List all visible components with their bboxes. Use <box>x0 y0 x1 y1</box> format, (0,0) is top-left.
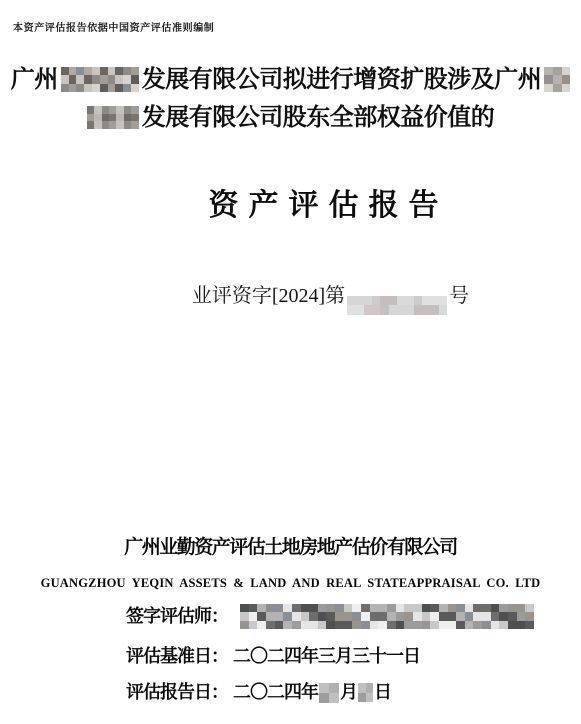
main-title-line1: 广州发展有限公司拟进行增资扩股涉及广州 <box>0 61 581 99</box>
base-date-value: 二〇二四年三月三十一日 <box>233 643 420 670</box>
redacted-report-day <box>358 683 373 702</box>
signer-label: 签字评估师： <box>126 603 228 630</box>
report-date-day-unit: 日 <box>374 679 391 706</box>
report-date-year: 二〇二四年 <box>233 679 318 706</box>
redacted-company-name-1 <box>61 67 139 92</box>
redacted-company-name-2-end <box>87 106 139 129</box>
appraisal-company-name-en: GUANGZHOU YEQIN ASSETS & LAND AND REAL S… <box>0 574 581 592</box>
title-line1-text: 发展有限公司拟进行增资扩股涉及广州 <box>142 67 542 93</box>
title-line2-text: 发展有限公司股东全部权益价值的 <box>142 105 495 131</box>
appraisal-company-name-cn: 广州业勤资产评估土地房地产估价有限公司 <box>0 534 581 562</box>
base-date-label: 评估基准日： <box>126 643 228 670</box>
redacted-company-name-2-start <box>544 67 570 92</box>
document-number-suffix: 号 <box>449 285 469 307</box>
redacted-report-month <box>319 683 339 703</box>
redacted-signer-names <box>240 604 534 629</box>
redacted-document-number <box>347 296 447 315</box>
report-cover-page: 本资产评估报告依据中国资产评估准则编制 广州发展有限公司拟进行增资扩股涉及广州 … <box>0 0 581 724</box>
compliance-note: 本资产评估报告依据中国资产评估准则编制 <box>13 19 214 34</box>
main-title: 广州发展有限公司拟进行增资扩股涉及广州 发展有限公司股东全部权益价值的 <box>0 61 581 137</box>
report-date-month-unit: 月 <box>340 679 357 706</box>
report-title: 资产评估报告 <box>76 186 581 226</box>
document-number-prefix: 业评资字[2024]第 <box>192 285 345 307</box>
title-city-prefix: 广州 <box>11 67 58 93</box>
main-title-line2: 发展有限公司股东全部权益价值的 <box>0 99 581 137</box>
signer-appraisers-row: 签字评估师： <box>126 603 534 630</box>
report-date-label: 评估报告日： <box>126 679 228 706</box>
report-date-row: 评估报告日： 二〇二四年 月 日 <box>126 679 391 706</box>
valuation-base-date-row: 评估基准日： 二〇二四年三月三十一日 <box>126 643 420 670</box>
document-number-line: 业评资字[2024]第号 <box>80 281 581 315</box>
